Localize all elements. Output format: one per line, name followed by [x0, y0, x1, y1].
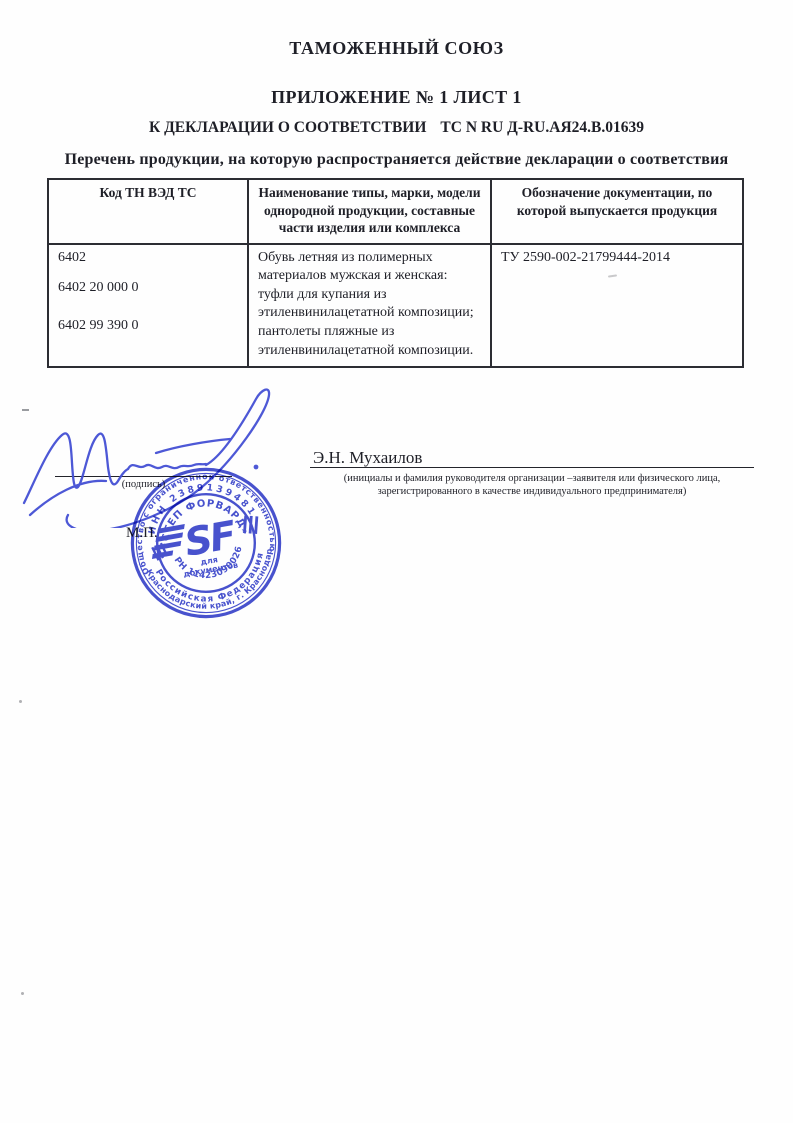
declaration-reference: К ДЕКЛАРАЦИИ О СООТВЕТСТВИИТС N RU Д-RU.… — [0, 119, 793, 137]
signatory-name: Э.Н. Мухаилов — [313, 448, 422, 468]
company-stamp-seal: Общество с ограниченной ответственностью… — [126, 463, 286, 623]
cell-product-description: Обувь летняя из полимерных материалов му… — [248, 244, 491, 368]
document-title: ТАМОЖЕННЫЙ СОЮЗ — [0, 38, 793, 59]
tu-number: ТУ 2590-002-21799444-2014 — [501, 249, 738, 268]
declaration-page: ТАМОЖЕННЫЙ СОЮЗ ПРИЛОЖЕНИЕ № 1 ЛИСТ 1 К … — [0, 0, 793, 1123]
declaration-number: ТС N RU Д-RU.АЯ24.В.01639 — [440, 119, 644, 136]
products-table: Код ТН ВЭД ТС Наименование типы, марки, … — [47, 178, 744, 368]
name-caption-line1: (инициалы и фамилия руководителя организ… — [310, 472, 754, 485]
tnved-code: 6402 — [58, 249, 243, 268]
table-row: 6402 6402 20 000 0 6402 99 390 0 Обувь л… — [48, 244, 743, 368]
name-caption-line2: зарегистрированного в качестве индивидуа… — [310, 485, 754, 498]
appendix-title: ПРИЛОЖЕНИЕ № 1 ЛИСТ 1 — [0, 87, 793, 108]
name-line — [310, 467, 754, 468]
table-header-row: Код ТН ВЭД ТС Наименование типы, марки, … — [48, 179, 743, 244]
declaration-label: К ДЕКЛАРАЦИИ О СООТВЕТСТВИИ — [149, 119, 426, 136]
header-doc-column: Обозначение документации, по которой вып… — [491, 179, 743, 244]
product-description: Обувь летняя из полимерных материалов му… — [258, 249, 486, 361]
tnved-code: 6402 99 390 0 — [58, 317, 243, 336]
table-caption: Перечень продукции, на которую распростр… — [0, 151, 793, 169]
header-code-column: Код ТН ВЭД ТС — [48, 179, 248, 244]
tnved-code: 6402 20 000 0 — [58, 279, 243, 298]
scan-artifact — [21, 992, 24, 995]
scan-artifact — [19, 700, 22, 703]
cell-codes: 6402 6402 20 000 0 6402 99 390 0 — [48, 244, 248, 368]
header-name-column: Наименование типы, марки, модели однород… — [248, 179, 491, 244]
cell-document-designation: ТУ 2590-002-21799444-2014 — [491, 244, 743, 368]
